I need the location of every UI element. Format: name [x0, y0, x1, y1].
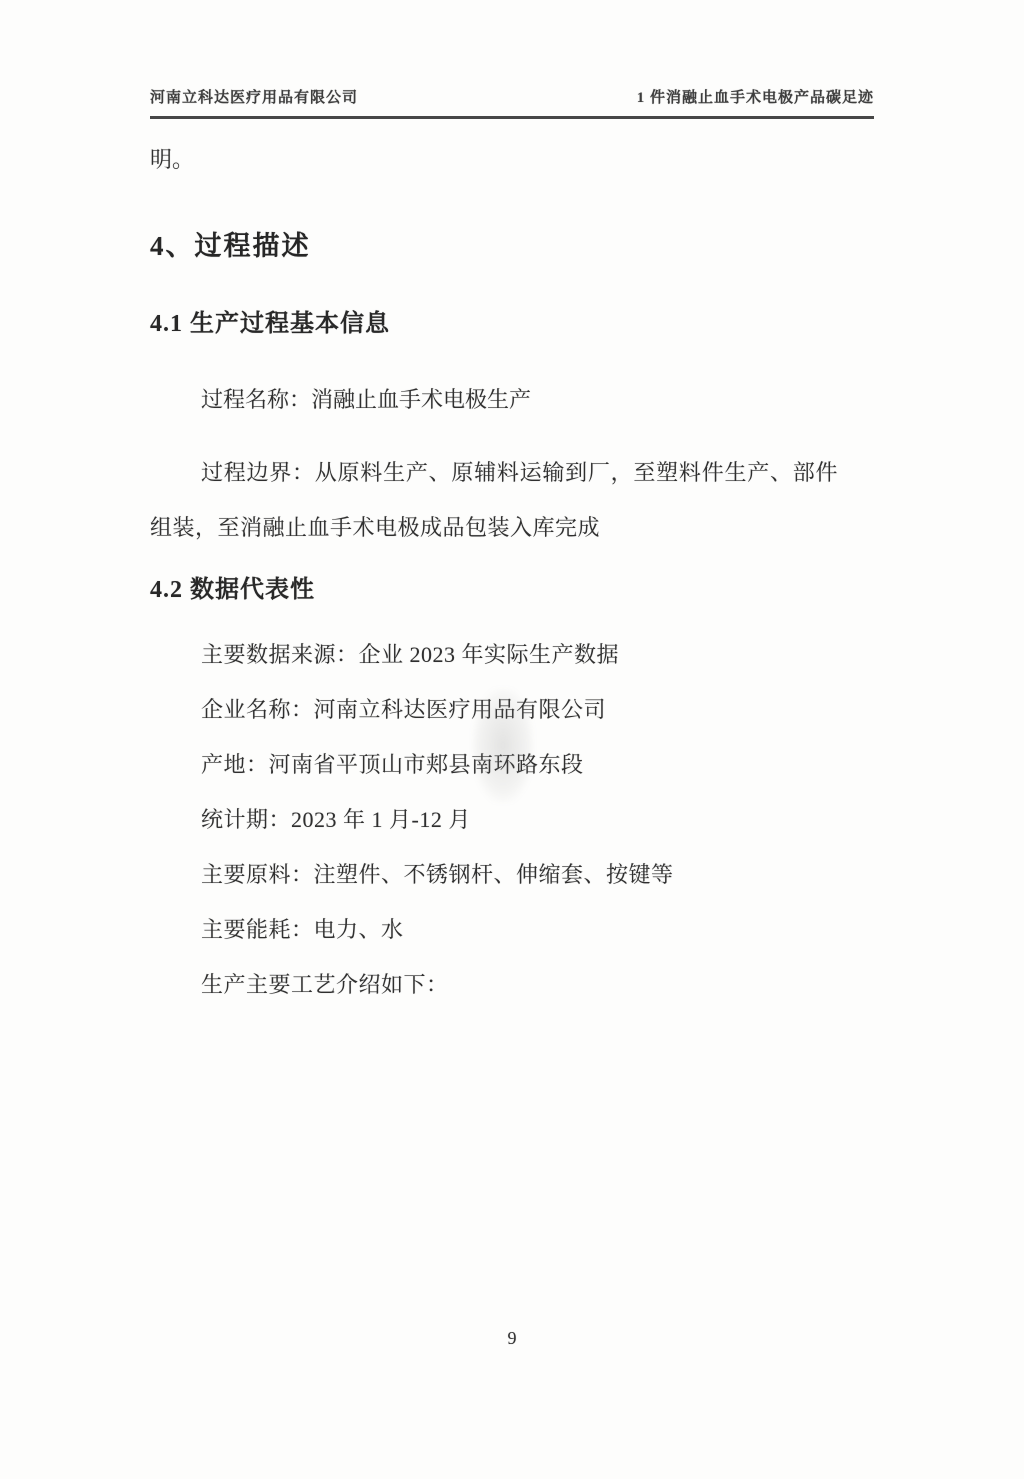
page-header: 河南立科达医疗用品有限公司 1 件消融止血手术电极产品碳足迹 — [150, 0, 874, 119]
section-4-heading: 4、过程描述 — [150, 229, 874, 263]
data-representativeness-list: 主要数据来源：企业 2023 年实际生产数据 企业名称：河南立科达医疗用品有限公… — [150, 627, 874, 1012]
document-body: 明。 4、过程描述 4.1 生产过程基本信息 过程名称：消融止血手术电极生产 过… — [150, 147, 874, 1012]
production-site-line: 产地：河南省平顶山市郏县南环路东段 — [150, 737, 874, 792]
main-energy-line: 主要能耗：电力、水 — [150, 902, 874, 957]
process-boundary-paragraph: 过程边界：从原料生产、原辅料运输到厂，至塑料件生产、部件组装，至消融止血手术电极… — [150, 445, 874, 555]
data-source-line: 主要数据来源：企业 2023 年实际生产数据 — [150, 627, 874, 682]
header-company-name: 河南立科达医疗用品有限公司 — [150, 86, 358, 107]
enterprise-name-line: 企业名称：河南立科达医疗用品有限公司 — [150, 682, 874, 737]
section-4-2-heading: 4.2 数据代表性 — [150, 575, 874, 605]
section-4-1-heading: 4.1 生产过程基本信息 — [150, 309, 874, 339]
header-document-title: 1 件消融止血手术电极产品碳足迹 — [637, 86, 874, 107]
paragraph-continuation-fragment: 明。 — [150, 147, 874, 173]
main-materials-line: 主要原料：注塑件、不锈钢杆、伸缩套、按键等 — [150, 847, 874, 902]
statistics-period-line: 统计期：2023 年 1 月-12 月 — [150, 792, 874, 847]
document-page: 河南立科达医疗用品有限公司 1 件消融止血手术电极产品碳足迹 明。 4、过程描述… — [0, 0, 1024, 1479]
page-number: 9 — [508, 1328, 517, 1348]
process-name-line: 过程名称：消融止血手术电极生产 — [150, 387, 874, 413]
process-intro-line: 生产主要工艺介绍如下： — [150, 957, 874, 1012]
page-footer: 9 — [0, 1328, 1024, 1349]
